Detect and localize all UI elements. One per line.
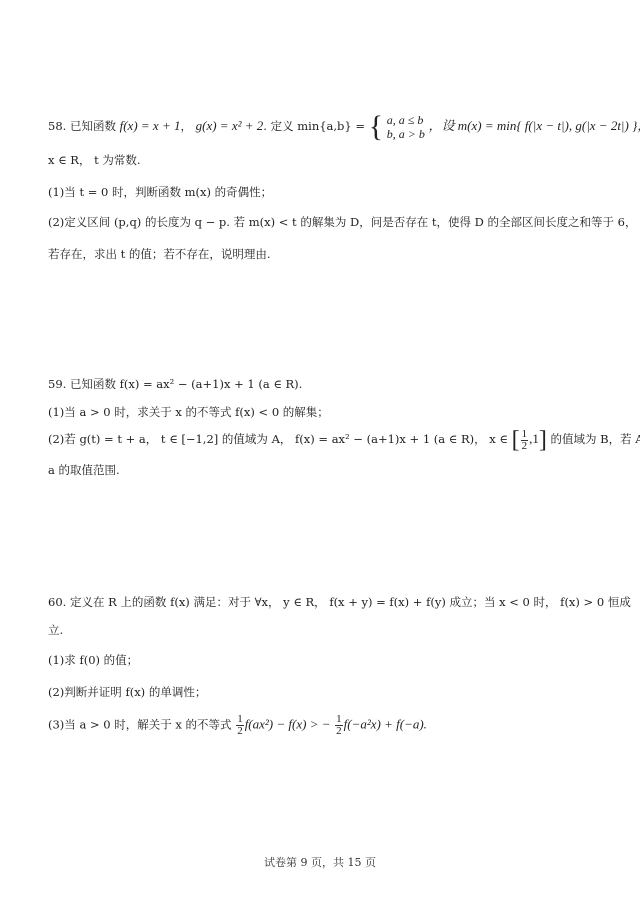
page-footer: 试卷第 9 页，共 15 页 xyxy=(0,854,640,870)
fraction-half: 12 xyxy=(236,714,244,737)
problem-number: 58. xyxy=(48,119,66,133)
problem-60-part2: (2)判断并证明 f(x) 的单调性； xyxy=(48,682,206,702)
problem-58-stem-line1: 58. 已知函数 f(x) = x + 1， g(x) = x² + 2. 定义… xyxy=(48,112,640,142)
piecewise-cases: a, a ≤ b b, a > b xyxy=(387,113,425,141)
problem-number: 60. xyxy=(48,595,66,609)
fraction: 12 xyxy=(521,429,529,452)
problem-60-part3: (3)当 a > 0 时，解关于 x 的不等式 12f(ax²) − f(x) … xyxy=(48,714,427,737)
problem-60-stem-line1: 60. 定义在 R 上的函数 f(x) 满足：对于 ∀x， y ∈ R， f(x… xyxy=(48,592,631,612)
problem-58-part2-cont: 若存在，求出 t 的值；若不存在，说明理由. xyxy=(48,244,271,264)
problem-58-part1: (1)当 t = 0 时，判断函数 m(x) 的奇偶性； xyxy=(48,182,272,202)
problem-59-part2: (2)若 g(t) = t + a， t ∈ [−1,2] 的值域为 A， f(… xyxy=(48,428,640,452)
problem-60-stem-line2: 立. xyxy=(48,620,63,640)
problem-58-part2: (2)定义区间 (p,q) 的长度为 q − p. 若 m(x) < t 的解集… xyxy=(48,212,636,232)
problem-number: 59. xyxy=(48,377,66,391)
problem-59-part1: (1)当 a > 0 时，求关于 x 的不等式 f(x) < 0 的解集； xyxy=(48,402,329,422)
problem-59-part2-cont: a 的取值范围. xyxy=(48,460,120,480)
problem-58-stem-line2: x ∈ R， t 为常数. xyxy=(48,150,141,170)
problem-60-part1: (1)求 f(0) 的值； xyxy=(48,650,138,670)
fraction-half: 12 xyxy=(335,714,343,737)
min-definition: 定义 min{a,b} = xyxy=(271,119,365,133)
m-definition: ，设 m(x) = min{ f(|x − t|), g(|x − 2t|) }… xyxy=(429,118,640,133)
g-definition: g(x) = x² + 2 xyxy=(196,118,264,133)
left-brace: { xyxy=(369,112,383,142)
f-definition: f(x) = x + 1 xyxy=(120,118,181,133)
problem-59-stem: 59. 已知函数 f(x) = ax² − (a+1)x + 1 (a ∈ R)… xyxy=(48,374,302,394)
